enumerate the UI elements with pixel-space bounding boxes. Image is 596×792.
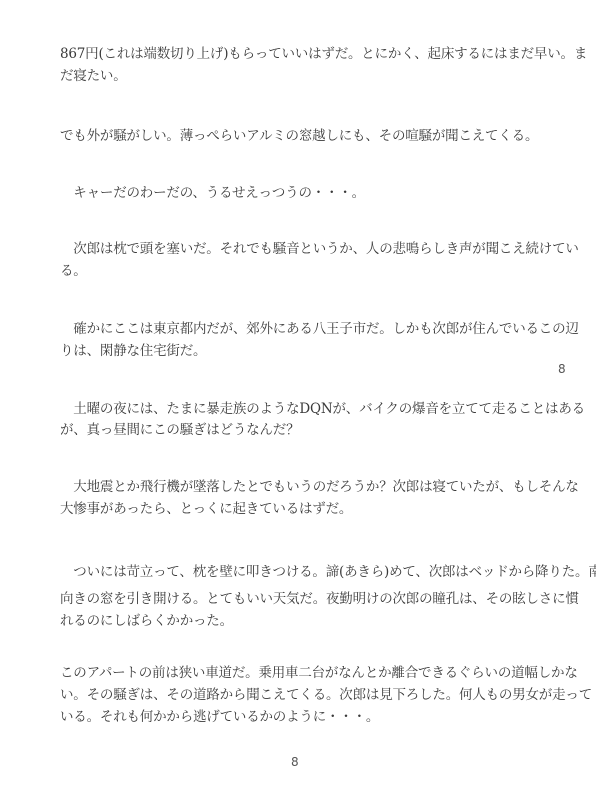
paragraph-7-line-2: 大惨事があったら、とっくに起きているはずだ。 [60, 500, 352, 518]
paragraph-8-line-1: ついには苛立って、枕を壁に叩きつける。諦(あきら)めて、次郎はベッドから降りた。… [60, 563, 596, 581]
paragraph-9-line-2: い。その騒ぎは、その道路から聞こえてくる。次郎は見下ろした。何人もの男女が走って [60, 686, 592, 704]
paragraph-8-line-3: れるのにしばらくかかった。 [60, 612, 233, 630]
paragraph-1-line-2: だ寝たい。 [60, 67, 127, 85]
footer-page-number: 8 [291, 755, 299, 769]
paragraph-1-line-1: 867円(これは端数切り上げ)もらっていいはずだ。とにかく、起床するにはまだ早い… [60, 45, 587, 63]
paragraph-9-line-1: このアパートの前は狭い車道だ。乗用車二台がなんとか離合できるぐらいの道幅しかな [60, 664, 578, 682]
paragraph-6-line-1: 土曜の夜には、たまに暴走族のようなDQNが、バイクの爆音を立てて走ることはある [60, 400, 585, 418]
paragraph-6-line-2: が、真っ昼間にこの騒ぎはどうなんだ？ [60, 421, 299, 439]
paragraph-4-line-1: 次郎は枕で頭を塞いだ。それでも騒音というか、人の悲鳴らしき声が聞こえ続けてい [60, 240, 579, 258]
paragraph-9-line-3: いる。それも何かから逃げているかのように・・・。 [60, 708, 379, 726]
paragraph-8-line-2: 向きの窓を引き開ける。とてもいい天気だ。夜勤明けの次郎の瞳孔は、その眩しさに慣 [60, 590, 579, 608]
side-page-number: 8 [558, 362, 566, 376]
paragraph-5-line-1: 確かにここは東京都内だが、郊外にある八王子市だ。しかも次郎が住んでいるこの辺 [60, 320, 579, 338]
paragraph-5-line-2: りは、閑静な住宅街だ。 [60, 342, 206, 360]
paragraph-3-line-1: キャーだのわーだの、うるせえっつうの・・・。 [60, 184, 365, 202]
document-page: 867円(これは端数切り上げ)もらっていいはずだ。とにかく、起床するにはまだ早い… [0, 0, 596, 792]
paragraph-2-line-1: でも外が騒がしい。薄っぺらいアルミの窓越しにも、その喧騒が聞こえてくる。 [60, 127, 538, 145]
paragraph-4-line-2: る。 [60, 262, 87, 280]
paragraph-7-line-1: 大地震とか飛行機が墜落したとでもいうのだろうか？次郎は寝ていたが、もしそんな [60, 478, 579, 496]
